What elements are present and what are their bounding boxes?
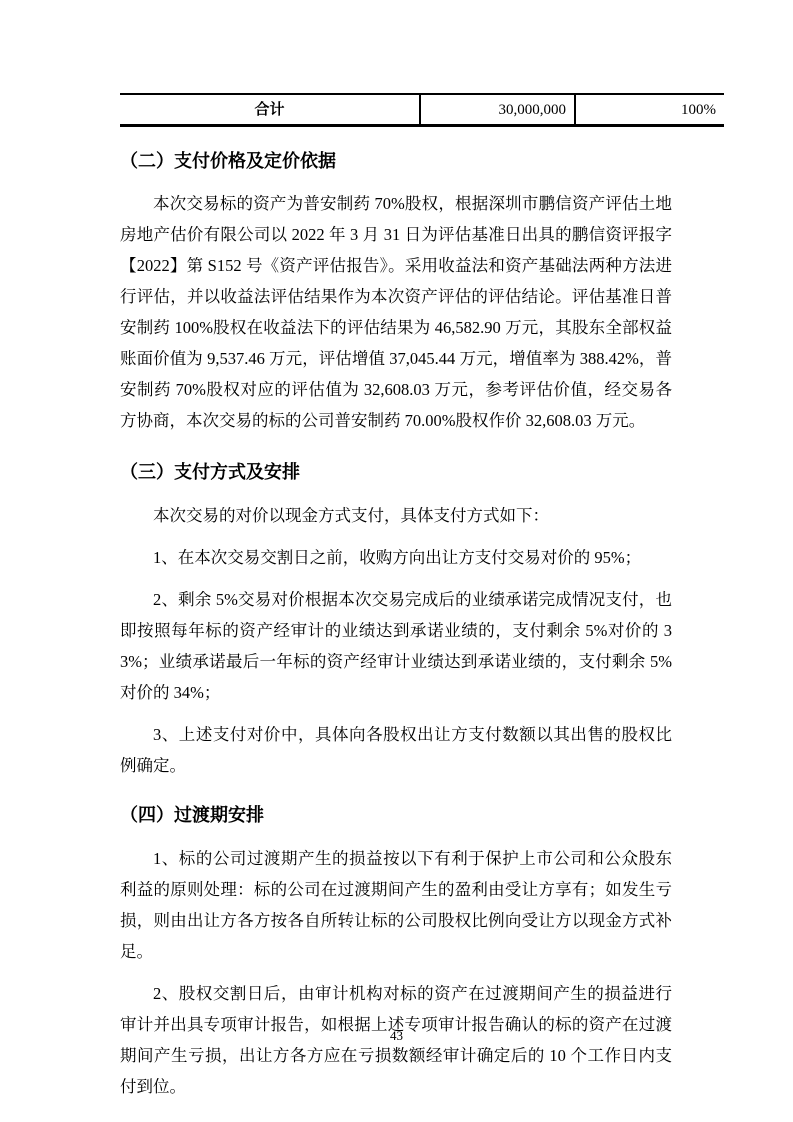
section-heading-transition-period: （四）过渡期安排 (120, 803, 672, 828)
section-heading-payment-method: （三）支付方式及安排 (120, 460, 672, 485)
paragraph-transition-item-1: 1、标的公司过渡期产生的损益按以下有利于保护上市公司和公众股东利益的原则处理：标… (120, 843, 672, 967)
total-label-cell: 合计 (120, 94, 420, 126)
section-heading-payment-price-basis: （二）支付价格及定价依据 (120, 149, 672, 174)
page-number: 43 (0, 1028, 793, 1044)
paragraph-valuation-details: 本次交易标的资产为普安制药 70%股权，根据深圳市鹏信资产评估土地房地产估价有限… (120, 188, 672, 436)
paragraph-payment-item-1: 1、在本次交易交割日之前，收购方向出让方支付交易对价的 95%； (120, 542, 672, 573)
total-percent-cell: 100% (575, 94, 724, 126)
document-page: 合计 30,000,000 100% （二）支付价格及定价依据 本次交易标的资产… (0, 0, 793, 1122)
paragraph-payment-item-3: 3、上述支付对价中，具体向各股权出让方支付数额以其出售的股权比例确定。 (120, 719, 672, 781)
total-amount-cell: 30,000,000 (420, 94, 575, 126)
paragraph-payment-item-2: 2、剩余 5%交易对价根据本次交易完成后的业绩承诺完成情况支付，也即按照每年标的… (120, 584, 672, 708)
equity-summary-table: 合计 30,000,000 100% (120, 93, 724, 127)
paragraph-payment-intro: 本次交易的对价以现金方式支付，具体支付方式如下： (120, 500, 672, 531)
table-total-row: 合计 30,000,000 100% (120, 94, 724, 126)
